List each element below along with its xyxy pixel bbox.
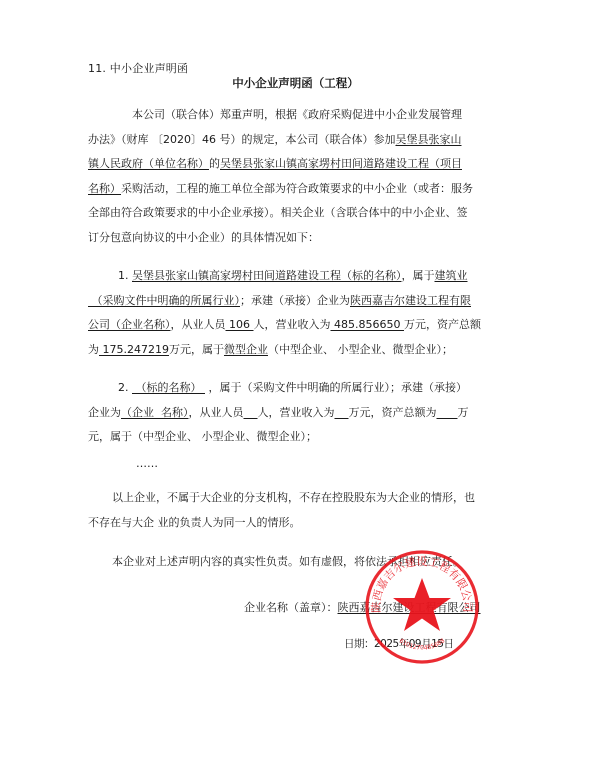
company-seal-icon: 陕西嘉吉尔建设工程有限公司 6101270485688	[363, 548, 481, 666]
text-run: 人，营业收入为	[254, 318, 331, 331]
text-run: 的	[209, 157, 220, 170]
text-run: ；承建（承接）企业为	[240, 294, 350, 307]
text-run: 1.	[118, 269, 132, 282]
text-run: 本公司（联合体）郑重声明，根据《政府采购促进中小企业发展管理	[132, 108, 462, 121]
filled-value: 吴堡县张家山镇高家塄村田间道路建设工程（标的名称）	[132, 269, 402, 282]
item1-line: 公司（企业名称），从业人员 106 人，营业收入为 485.856650 万元，…	[88, 313, 504, 338]
text-run: 采购活动，工程的施工单位全部为符合政策要求的中小企业（或者：服务	[121, 182, 473, 195]
filled-value: 名称）	[88, 182, 121, 195]
item2-line: 2. （标的名称） ，属于（采购文件中明确的所属行业）；承建（承接）	[88, 376, 504, 401]
filled-value: 镇人民政府（单位名称）	[88, 157, 209, 170]
statement-line: 不存在与大企 业的负责人为同一人的情形。	[88, 511, 504, 536]
seal-star-icon	[393, 578, 451, 631]
text-run: ，属于	[402, 269, 435, 282]
item2-line: 元，属于（中型企业、 小型企业、微型企业）；	[88, 425, 504, 450]
item2-line: 企业为（企业 名称），从业人员 人，营业收入为 万元，资产总额为 万	[88, 401, 504, 426]
filled-value	[437, 406, 458, 419]
intro-line: 本公司（联合体）郑重声明，根据《政府采购促进中小企业发展管理	[88, 103, 504, 128]
filled-value: 175.247219	[99, 343, 169, 356]
filled-value	[335, 406, 349, 419]
item1-line: （采购文件中明确的所属行业）；承建（承接）企业为陕西嘉吉尔建设工程有限	[88, 289, 504, 314]
filled-value: 建筑业	[435, 269, 468, 282]
text-run: ，从业人员	[189, 406, 244, 419]
filled-value: 吴堡县张家山镇高家塄村田间道路建设工程（项目	[220, 157, 462, 170]
text-run: 人，营业收入为	[258, 406, 335, 419]
filled-value: （企业 名称）	[121, 406, 189, 419]
intro-paragraph: 本公司（联合体）郑重声明，根据《政府采购促进中小企业发展管理 办法》（财库 〔2…	[88, 103, 504, 250]
text-run: 企业为	[88, 406, 121, 419]
intro-line: 办法》（财库 〔2020〕46 号）的规定，本公司（联合体）参加吴堡县张家山	[88, 128, 504, 153]
intro-line: 订分包意向协议的中小企业）的具体情况如下：	[88, 226, 504, 251]
filled-value: 106	[226, 318, 254, 331]
filled-value: 485.856650	[331, 318, 404, 331]
enterprise-item-1: 1. 吴堡县张家山镇高家塄村田间道路建设工程（标的名称），属于建筑业 （采购文件…	[88, 264, 504, 362]
document-title: 中小企业声明函（工程）	[0, 75, 591, 91]
seal-code: 6101270485688	[398, 637, 447, 651]
item1-line: 1. 吴堡县张家山镇高家塄村田间道路建设工程（标的名称），属于建筑业	[88, 264, 504, 289]
filled-value: （采购文件中明确的所属行业）	[88, 294, 240, 307]
intro-line: 全部由符合政策要求的中小企业承接）。相关企业（含联合体中的中小企业、签	[88, 201, 504, 226]
text-run: 订分包意向协议的中小企业）的具体情况如下：	[88, 231, 319, 244]
text-run: （中型企业、 小型企业、微型企业）；	[268, 343, 453, 356]
document-page: 11. 中小企业声明函 中小企业声明函（工程） 本公司（联合体）郑重声明，根据《…	[0, 0, 591, 758]
signature-label: 企业名称（盖章）：	[244, 601, 338, 614]
intro-line: 名称）采购活动，工程的施工单位全部为符合政策要求的中小企业（或者：服务	[88, 177, 504, 202]
item1-line: 为 175.247219万元，属于微型企业（中型企业、 小型企业、微型企业）；	[88, 338, 504, 363]
text-run: 元，属于（中型企业、 小型企业、微型企业）；	[88, 430, 317, 443]
filled-value: 陕西嘉吉尔建设工程有限	[350, 294, 471, 307]
statement-paragraph: 以上企业，不属于大企业的分支机构，不存在控股股东为大企业的情形，也 不存在与大企…	[88, 486, 504, 535]
text-run: 万元，属于	[169, 343, 224, 356]
text-run: ，属于（采购文件中明确的所属行业）；承建（承接）	[205, 381, 467, 394]
text-run: 全部由符合政策要求的中小企业承接）。相关企业（含联合体中的中小企业、签	[88, 206, 468, 219]
text-run: 办法》（财库 〔2020〕46 号）的规定，本公司（联合体）参加	[88, 133, 395, 146]
filled-value: （标的名称）	[132, 381, 205, 394]
enterprise-item-2: 2. （标的名称） ，属于（采购文件中明确的所属行业）；承建（承接） 企业为（企…	[88, 376, 504, 450]
filled-value: 吴堡县张家山	[395, 133, 461, 146]
filled-value	[244, 406, 258, 419]
text-run: 2.	[118, 381, 132, 394]
ellipsis: ……	[88, 452, 158, 477]
text-run: 以上企业，不属于大企业的分支机构，不存在控股股东为大企业的情形，也	[112, 491, 475, 504]
text-run: 万	[457, 406, 468, 419]
text-run: 不存在与大企 业的负责人为同一人的情形。	[88, 516, 301, 529]
filled-value: 微型企业	[224, 343, 268, 356]
intro-line: 镇人民政府（单位名称）的吴堡县张家山镇高家塄村田间道路建设工程（项目	[88, 152, 504, 177]
filled-value: 公司（企业名称）	[88, 318, 171, 331]
section-heading: 11. 中小企业声明函	[88, 60, 188, 76]
text-run: 为	[88, 343, 99, 356]
text-run: 万元，资产总额	[404, 318, 481, 331]
statement-line: 以上企业，不属于大企业的分支机构，不存在控股股东为大企业的情形，也	[88, 486, 504, 511]
text-run: ，从业人员	[171, 318, 226, 331]
text-run: 万元，资产总额为	[349, 406, 437, 419]
